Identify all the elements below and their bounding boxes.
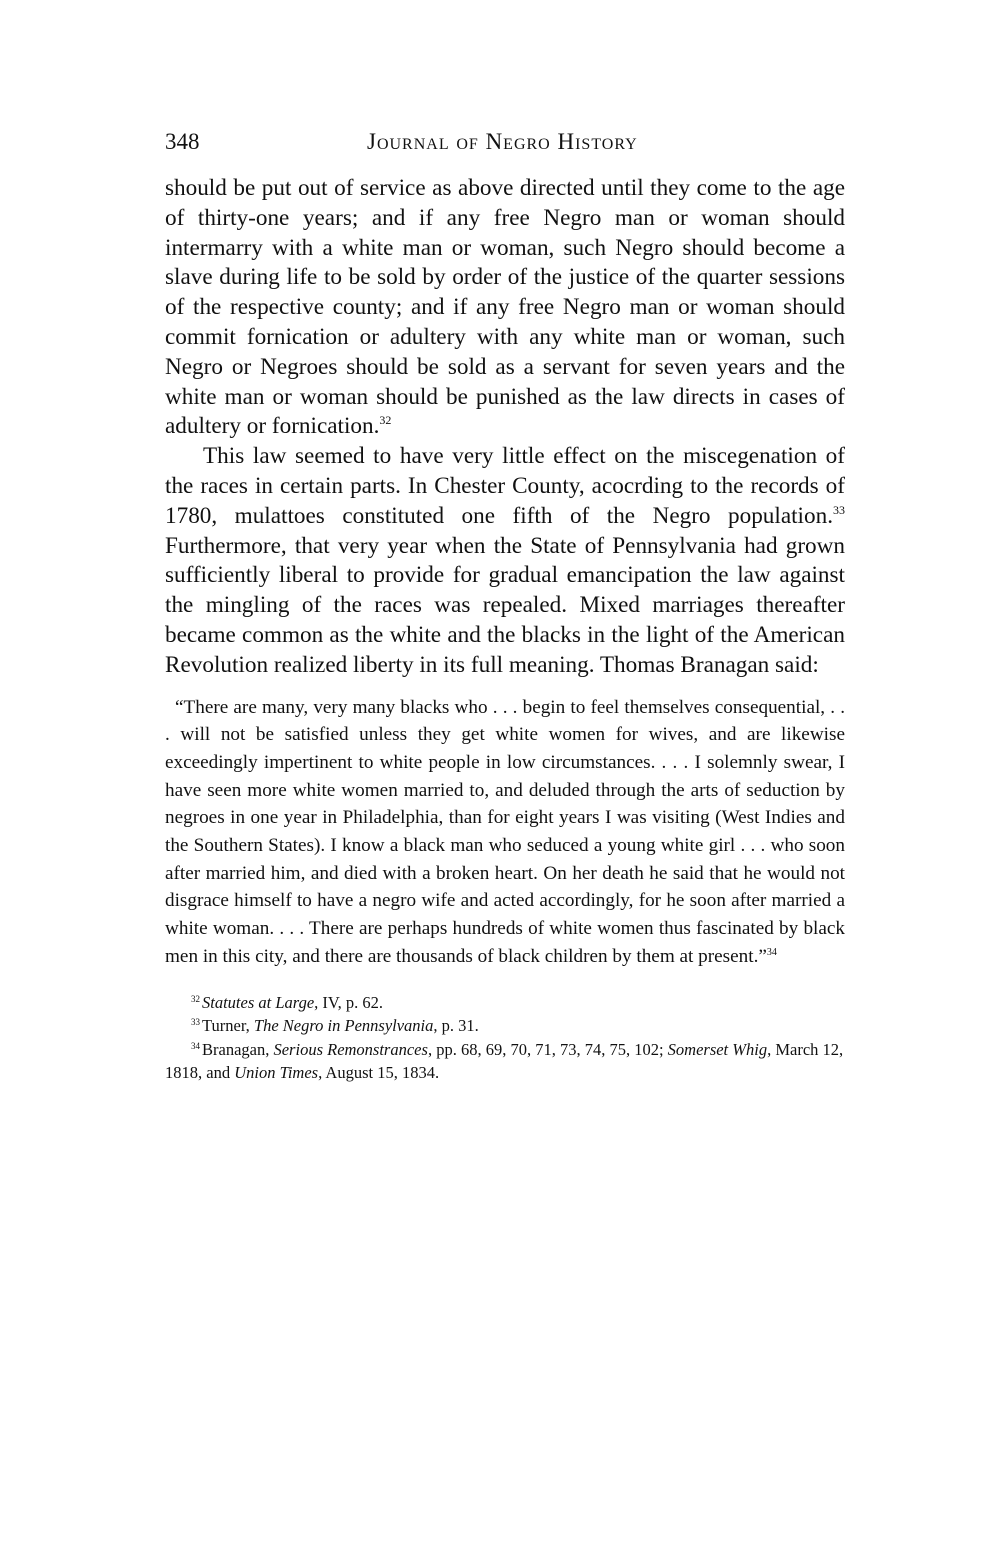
footnote-34: 34Branagan, Serious Remonstrances, pp. 6… [165, 1038, 845, 1085]
citation-title: The Negro in Pennsylvania [254, 1016, 434, 1035]
citation-title: Statutes at Large [202, 993, 314, 1012]
paragraph-text: This law seemed to have very little effe… [165, 443, 845, 529]
quote-paragraph: “There are many, very many blacks who . … [165, 694, 845, 971]
journal-title: Journal of Negro History [367, 129, 638, 155]
citation-detail: , August 15, 1834. [318, 1063, 439, 1082]
paragraph-continued: should be put out of service as above di… [165, 174, 845, 442]
block-quote: “There are many, very many blacks who . … [165, 694, 845, 971]
citation-detail: , pp. 68, 69, 70, 71, 73, 74, 75, 102; [428, 1040, 668, 1059]
running-head: 348 Journal of Negro History [165, 125, 845, 165]
footnote-33: 33Turner, The Negro in Pennsylvania, p. … [165, 1014, 845, 1038]
citation-author: Branagan, [202, 1040, 273, 1059]
quote-text: “There are many, very many blacks who . … [165, 697, 845, 967]
footnote-ref-34[interactable]: 34 [767, 947, 777, 958]
citation-title: Union Times [234, 1063, 318, 1082]
paragraph: This law seemed to have very little effe… [165, 442, 845, 680]
citation-author: Turner, [202, 1016, 254, 1035]
footnote-32: 32Statutes at Large, IV, p. 62. [165, 991, 845, 1015]
footnote-ref-33[interactable]: 33 [833, 503, 845, 517]
footnote-ref-32[interactable]: 32 [379, 413, 391, 427]
footnote-number: 34 [191, 1041, 200, 1051]
paragraph-text: Furthermore, that very year when the Sta… [165, 533, 845, 678]
citation-detail: , IV, p. 62. [314, 993, 383, 1012]
citation-detail: , p. 31. [433, 1016, 478, 1035]
document-page: 348 Journal of Negro History should be p… [165, 125, 845, 1085]
footnotes: 32Statutes at Large, IV, p. 62. 33Turner… [165, 991, 845, 1085]
citation-title: Somerset Whig [668, 1040, 767, 1059]
page-number: 348 [165, 129, 200, 155]
footnote-number: 32 [191, 994, 200, 1004]
citation-title: Serious Remonstrances [273, 1040, 427, 1059]
footnote-number: 33 [191, 1017, 200, 1027]
paragraph-text: should be put out of service as above di… [165, 175, 845, 439]
body-text: should be put out of service as above di… [165, 174, 845, 681]
